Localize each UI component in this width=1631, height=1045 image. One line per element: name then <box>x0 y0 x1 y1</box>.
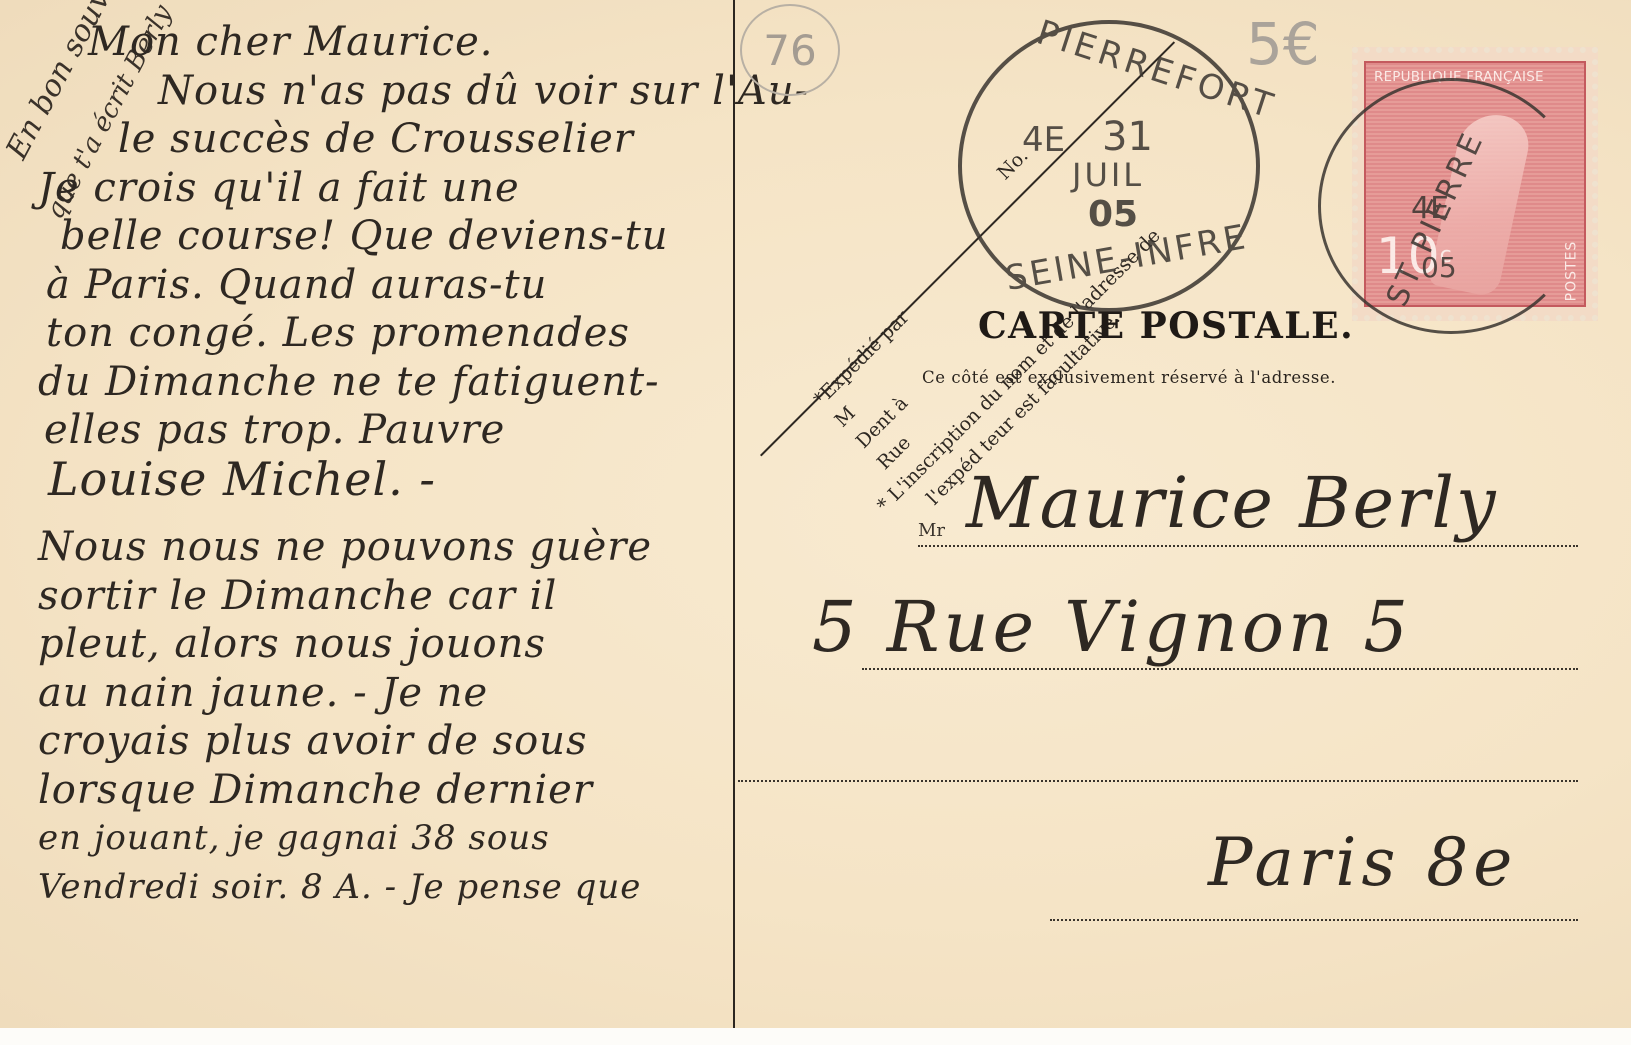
postmark-year: 05 <box>1421 251 1457 284</box>
address-city: Paris 8e <box>1208 824 1517 901</box>
message-line: Mon cher Maurice. <box>38 18 758 67</box>
address-line-1 <box>918 545 1578 547</box>
address-street: 5 Rue Vignon 5 <box>812 586 1412 668</box>
message-line: Nous n'as pas dû voir sur l'Au- <box>38 67 758 116</box>
postcard: En bon souvenir que t'a écrit Berly Mon … <box>0 0 1631 1028</box>
message-line: Vendredi soir. 8 A. - Je pense que <box>38 863 758 912</box>
message-signature: Louise Michel. - <box>38 455 758 504</box>
message-line: Nous nous ne pouvons guère <box>38 523 758 572</box>
message-line: belle course! Que deviens-tu <box>38 212 758 261</box>
postmark-day: 31 <box>1102 114 1153 160</box>
message-line: à Paris. Quand auras-tu <box>38 261 758 310</box>
postmark-pierrefort: PIERREFORT 4E 31 JUIL 05 SEINE-INFRE <box>958 20 1260 312</box>
message-line: en jouant, je gagnai 38 sous <box>38 814 758 863</box>
message-line: Je crois qu'il a fait une <box>38 164 758 213</box>
postmark-town: PIERREFORT <box>1032 13 1281 128</box>
pencil-price: 5€ <box>1246 10 1320 78</box>
postmark-hour: 4E <box>1022 120 1065 160</box>
pencil-circled-number: 76 <box>740 4 840 96</box>
card-title: CARTE POSTALE. <box>978 305 1354 347</box>
message-line: elles pas trop. Pauvre <box>38 406 758 455</box>
handwritten-message: Mon cher Maurice. Nous n'as pas dû voir … <box>38 18 758 911</box>
postmark-st-pierre: ST PIERRE 4E 05 <box>1318 78 1584 334</box>
message-line: le succès de Crousselier <box>38 115 758 164</box>
address-line-3 <box>738 780 1578 782</box>
address-prefix: Mr <box>918 520 945 541</box>
address-name: Maurice Berly <box>966 462 1497 544</box>
scan-margin <box>0 1028 1631 1045</box>
address-line-4 <box>1050 919 1578 921</box>
card-subtitle: Ce côté est exclusivement réservé à l'ad… <box>922 368 1336 387</box>
message-line: sortir le Dimanche car il <box>38 572 758 621</box>
postmark-month: JUIL <box>1072 156 1144 194</box>
message-line: pleut, alors nous jouons <box>38 620 758 669</box>
message-line: au nain jaune. - Je ne <box>38 669 758 718</box>
postmark-hour: 4E <box>1411 191 1449 226</box>
center-divider <box>733 0 735 1028</box>
message-line: du Dimanche ne te fatiguent- <box>38 358 758 407</box>
message-line: croyais plus avoir de sous <box>38 717 758 766</box>
message-line: lorsque Dimanche dernier <box>38 766 758 815</box>
message-line: ton congé. Les promenades <box>38 309 758 358</box>
postmark-year: 05 <box>1088 194 1138 235</box>
address-line-2 <box>862 668 1578 670</box>
